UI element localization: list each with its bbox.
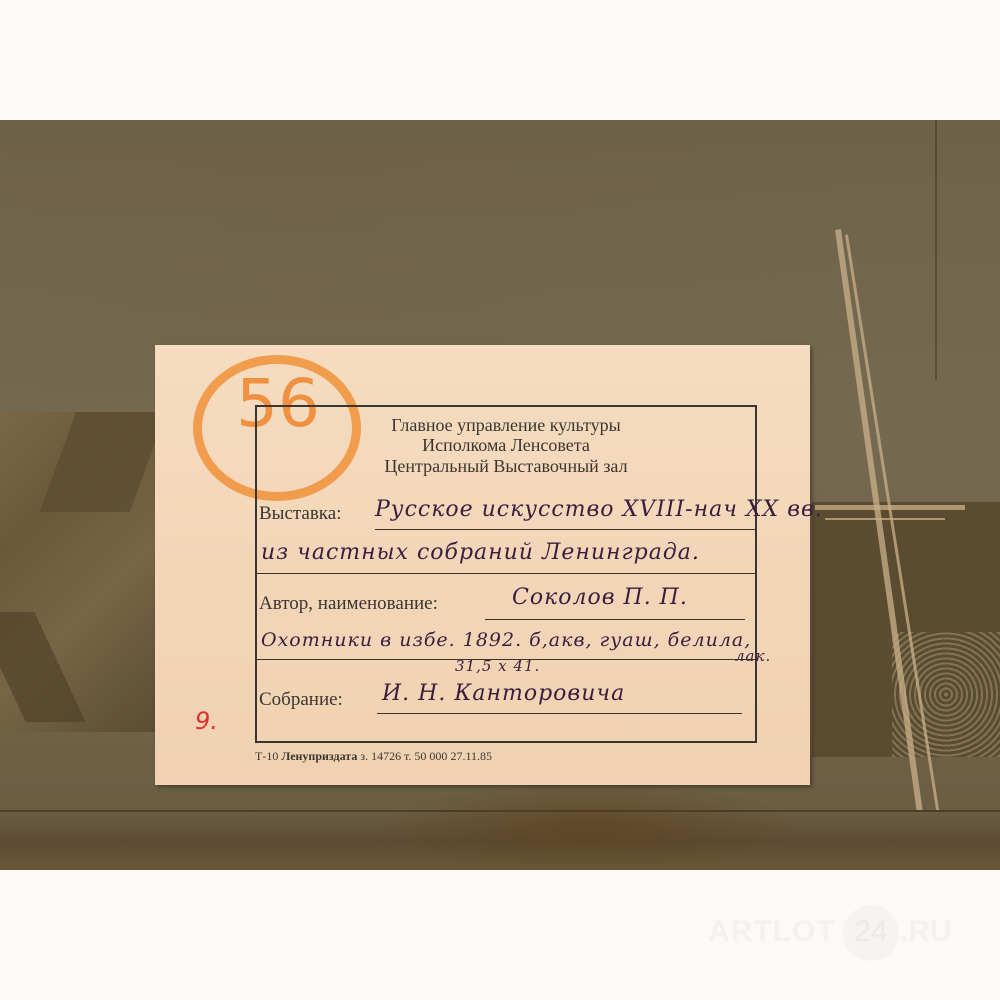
watermark-prefix: ARTLOT xyxy=(708,915,836,949)
title-value-extra: лак. xyxy=(735,647,771,665)
frame-line xyxy=(935,120,937,380)
scratch-mark xyxy=(815,505,965,510)
author-field-label: Автор, наименование: xyxy=(259,593,438,615)
header-line-3: Центральный Выставочный зал xyxy=(257,456,755,477)
watermark-suffix: .RU xyxy=(900,915,952,949)
form-box: Главное управление культуры Исполкома Ле… xyxy=(255,405,757,743)
catalog-number: 9. xyxy=(195,707,218,735)
exhibition-label: 56 9. Главное управление культуры Исполк… xyxy=(155,345,810,785)
collection-field-label: Собрание: xyxy=(259,689,343,711)
collection-value: И. Н. Канторовича xyxy=(382,681,625,706)
printer-imprint: Т-10 Ленуприздата з. 14726 т. 50 000 27.… xyxy=(255,749,492,764)
header-line-1: Главное управление культуры xyxy=(257,415,755,436)
header-line-2: Исполкома Ленсовета xyxy=(257,435,755,456)
scratch-mark xyxy=(825,518,945,520)
exhibition-value-line2: из частных собраний Ленинграда. xyxy=(261,540,700,565)
exhibition-value-line1: Русское искусство XVIII-нач XX вв. xyxy=(375,497,823,522)
title-value: Охотники в избе. 1892. б,акв, гуаш, бели… xyxy=(261,629,751,651)
watermark-number: 24 xyxy=(843,915,899,949)
exhibition-field-label: Выставка: xyxy=(259,503,341,525)
stain xyxy=(380,780,800,870)
artwork-back-photo: 56 9. Главное управление культуры Исполк… xyxy=(0,120,1000,870)
tape-left xyxy=(0,412,155,732)
author-value: Соколов П. П. xyxy=(512,585,688,610)
dimensions-value: 31,5 x 41. xyxy=(455,657,540,675)
